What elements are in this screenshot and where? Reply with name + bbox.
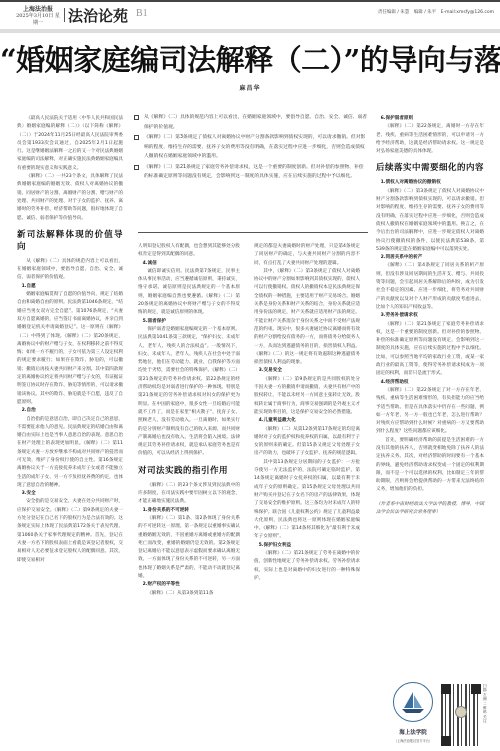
subheading: 4.经济帮助权	[376, 379, 484, 387]
body-paragraph: 《解释》（二）的23个条文涉及到民法典中的许多制度，在司法实践中要牢固树立以下的…	[138, 482, 240, 507]
subheading: 2.同居关系中的析产	[376, 254, 484, 262]
subheading: 3.安全	[17, 490, 123, 498]
masthead-divider	[64, 8, 65, 22]
section-name: 法治论苑	[68, 5, 128, 26]
subheading: 5.弱者保护	[138, 318, 240, 326]
subheading: 3.交易安全	[254, 367, 360, 375]
checkbox-icon	[134, 165, 139, 170]
editor-credits: 责任编辑 / 朱慧 编辑 / 朱平 E-mail:xmsfy@126.com	[378, 9, 494, 15]
paper-info: 上海法治报 2025年3月10日 星期一	[14, 6, 62, 27]
body-paragraph: 《解释》（二）第21条规定了家庭劳务补偿请求权，这是一个重要的制度创新。但对补偿…	[376, 321, 484, 379]
checkbox-icon	[134, 115, 139, 120]
subheading: 1.自愿	[17, 283, 123, 291]
body-paragraph: 《解释》（二）第4条规定了同居关系的析产原则，但没有涉及同居期间的生活开支、赠与…	[376, 262, 484, 312]
highlight-item: 《解释》（二）第3条规定了债权人对离婚协议中财产分割条款影响到债权实现的，可以请…	[132, 133, 368, 162]
highlight-item: 从《解释》（二）具体的规范内容上可以看出，在婚姻家庭领域中，要倡导自愿、自治、安…	[132, 113, 368, 132]
qr-code-block[interactable]: 扫描左侧二维码关注	[441, 680, 485, 748]
subheading: 5.保护妇女利益	[254, 542, 360, 550]
subheading: 6.保护弱者原则	[376, 115, 484, 123]
column-3: 规定的都是夫妻离婚时的财产处理，只是第4条规定了同居财产的确定，与夫妻共同财产分…	[254, 243, 360, 583]
body-paragraph: 《解释》（二）从第12条到第17条规定的均是离婚时对子女的监护权和抚养权的归属，…	[254, 426, 360, 459]
hsfxy-logo: 海上法学院 （上海法治报社官方平台）	[388, 678, 438, 750]
author-bio: （作者系中南财经政法大学法学院教授、博导，中国法学会民法学研究会常务理事）	[376, 501, 484, 518]
body-paragraph: 《解释》（二）第21条规定了劳务在离婚中的价值，创新性地规定了劳务补偿请求权。劳…	[254, 550, 360, 583]
logo-name: 海上法学院	[388, 728, 438, 736]
body-paragraph: 《解释》（二）第9条规定的是共同股权的处分不因夫妻一方的撤销申请而撤销，夫妻共有…	[254, 376, 360, 417]
masthead: 上海法治报 2025年3月10日 星期一 法治论苑 B1 责任编辑 / 朱慧 编…	[0, 0, 500, 28]
qr-center-logo	[455, 706, 467, 718]
article-headline: “婚姻家庭编司法解释（二）”的导向与落实	[0, 38, 500, 79]
article-author: 麻昌华	[0, 83, 500, 92]
highlights-divider	[138, 232, 368, 233]
subheading: 1.身份关系的不可逆转	[138, 507, 240, 515]
body-paragraph: 自治指的是意思自治，即自己决定自己的意思，不需要征求他人的意见。民法典规定的结婚…	[17, 416, 123, 491]
checkbox-icon	[134, 135, 139, 140]
paper-name: 上海法治报	[14, 6, 62, 13]
qr-label: 扫描左侧二维码关注	[483, 684, 487, 724]
intro-paragraph: 《最高人民法院关于适用〈中华人民共和国民法典〉婚姻家庭编的解释（二）》（以下简称…	[17, 115, 123, 173]
body-paragraph: 婚姻家庭编贯彻了自愿的价值导向，规定了结婚自由和离婚自由的原则。民法典第1046…	[17, 291, 123, 407]
logo-subtitle: （上海法治报社官方平台）	[388, 738, 438, 743]
subheading: 4.儿童利益最大化	[254, 417, 360, 425]
column-2: 人明知登记股权人有配偶，也会想到其能够处分股权肯定是得到其配偶的同意。 4.诚信…	[138, 243, 240, 598]
highlights-box: 从《解释》（二）具体的规范内容上可以看出，在婚姻家庭领域中，要倡导自愿、自治、安…	[132, 113, 368, 230]
body-paragraph: 诚信即诚实信用。民法典第7条规定，民事主体从事民事活动，应当遵循诚信原则，秉持诚…	[138, 268, 240, 318]
body-paragraph: 保护弱者是婚姻家庭编规定的一个基本原则。民法典第1041条第三款规定，“保护妇女…	[138, 326, 240, 459]
body-paragraph: 安全指的是交易安全。夫妻在处分共同财产时，应保护交易安全。《解释》（二）第9条规…	[17, 498, 123, 564]
subheading: 2.财产权的平等性	[138, 581, 240, 589]
body-paragraph: 人明知登记股权人有配偶，也会想到其能够处分股权肯定是得到其配偶的同意。	[138, 243, 240, 260]
body-paragraph: 《解释》（二）第3条规定了债权人对离婚协议中财产分割条款影响到债权实现的，可以请…	[376, 188, 484, 254]
body-paragraph: 首先，要明确经济帮助的前提是生活困难的一方没有其他的扶养人，否则就变相地免除了扶…	[376, 437, 484, 495]
page-number: B1	[136, 8, 148, 19]
body-paragraph: 《解释》（二）第1条、第2条体现了身份关系的不可逆转这一原理。第一条规定以重婚事…	[138, 515, 240, 581]
section-heading: 对司法实践的指引作用	[138, 465, 240, 477]
section-heading: 后续落实中需要细化的内容	[376, 162, 484, 174]
body-paragraph: 规定的都是夫妻离婚时的财产处理，只是第4条规定了同居财产的确定，与夫妻共同财产分…	[254, 243, 360, 268]
body-paragraph: 其中，《解释》（二）第3条规定了债权人对离婚协议中的财产分割如果影响到其债权实现…	[254, 268, 360, 368]
column-1: 《最高人民法院关于适用〈中华人民共和国民法典〉婚姻家庭编的解释（二）》（以下简称…	[17, 115, 123, 565]
subheading: 2.自治	[17, 407, 123, 415]
body-paragraph: 《解释》（二）第22条规定了对一方存在年老、残疾、重病等生活困难情形的，有负担能…	[376, 387, 484, 437]
sailboat-icon	[400, 690, 426, 714]
body-paragraph: 其中第13条规定分居期间的子女监护：一方抢夺使另一方无法监护的，法院可确定临时监…	[254, 459, 360, 542]
subheading: 4.诚信	[138, 260, 240, 268]
subheading: 3.劳务补偿请求权	[376, 312, 484, 320]
subheading: 1.债权人对离婚协议的撤销权	[376, 179, 484, 187]
intro-paragraph: 《解释》（二）一共23个条文，具体解释了民法典婚姻家庭编的婚姻无效、债权人对离婚…	[17, 173, 123, 223]
issue-date: 2025年3月10日 星期一	[14, 13, 62, 27]
highlight-item: 《解释》（二）第21条规定了家庭劳务补偿请求权，这是一个重要的制度创新。但对补偿…	[132, 163, 368, 182]
body-paragraph: 《解释》（二）从第3条到第11条	[138, 590, 240, 598]
section-heading: 新司法解释体现的价值导向	[17, 229, 123, 253]
body-paragraph: 从《解释》（二）具体的规范内容上可以看出，在婚姻家庭领域中，要倡导自愿、自治、安…	[17, 258, 123, 283]
column-4: 6.保护弱者原则 《解释》（二）第22条规定，离婚时一方存在年老、残疾、重病等生…	[376, 115, 484, 517]
masthead-rule	[0, 29, 500, 33]
body-paragraph: 《解释》（二）第22条规定，离婚时一方存在年老、残疾、重病等生活困难情形的，可以…	[376, 123, 484, 156]
